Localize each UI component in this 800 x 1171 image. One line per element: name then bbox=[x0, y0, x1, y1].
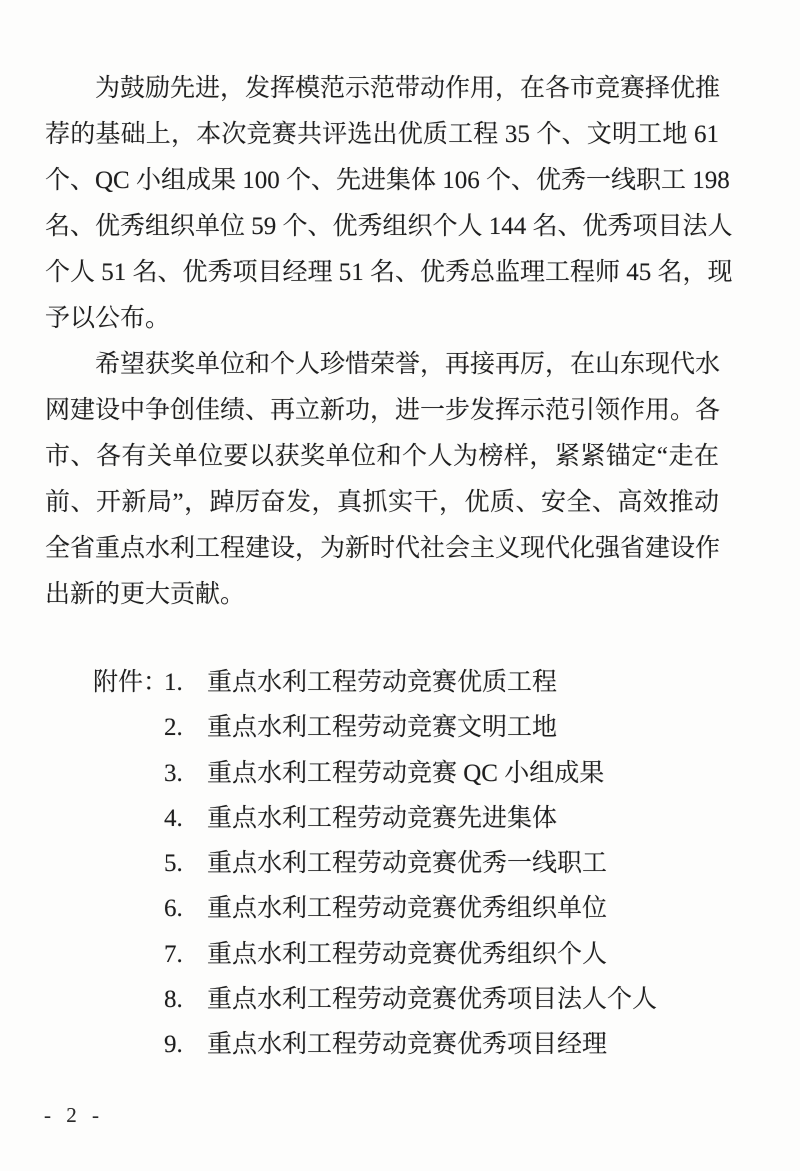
attachment-item-title: 重点水利工程劳动竞赛 QC 小组成果 bbox=[207, 760, 604, 787]
attachment-item: 2.重点水利工程劳动竞赛文明工地 bbox=[45, 705, 745, 750]
paragraph-line: 予以公布。 bbox=[45, 296, 719, 342]
attachments-list: 附件：1.重点水利工程劳动竞赛优质工程2.重点水利工程劳动竞赛文明工地3.重点水… bbox=[45, 660, 745, 1068]
page-number: - 2 - bbox=[44, 1100, 104, 1130]
paragraph-line: 个人 51 名、优秀项目经理 51 名、优秀总监理工程师 45 名，现 bbox=[45, 250, 719, 296]
attachment-item: 3.重点水利工程劳动竞赛 QC 小组成果 bbox=[45, 751, 745, 796]
attachment-item: 9.重点水利工程劳动竞赛优秀项目经理 bbox=[45, 1022, 745, 1067]
attachment-item-title: 重点水利工程劳动竞赛先进集体 bbox=[207, 805, 557, 832]
paragraph-announcement: 为鼓励先进，发挥模范示范带动作用，在各市竞赛择优推荐的基础上，本次竞赛共评选出优… bbox=[45, 66, 719, 342]
paragraph-line: 为鼓励先进，发挥模范示范带动作用，在各市竞赛择优推 bbox=[45, 66, 719, 112]
attachment-item-title: 重点水利工程劳动竞赛优秀组织单位 bbox=[207, 895, 607, 922]
attachment-item: 4.重点水利工程劳动竞赛先进集体 bbox=[45, 796, 745, 841]
attachment-item-number: 7. bbox=[164, 932, 207, 977]
attachment-item: 8.重点水利工程劳动竞赛优秀项目法人个人 bbox=[45, 977, 745, 1022]
attachment-item-number: 2. bbox=[164, 705, 207, 750]
attachment-item-number: 9. bbox=[164, 1022, 207, 1067]
attachment-item-number: 3. bbox=[164, 751, 207, 796]
attachments-label: 附件： bbox=[93, 660, 164, 705]
document-page: 为鼓励先进，发挥模范示范带动作用，在各市竞赛择优推荐的基础上，本次竞赛共评选出优… bbox=[0, 0, 800, 1171]
paragraph-hope: 希望获奖单位和个人珍惜荣誉，再接再厉，在山东现代水网建设中争创佳绩、再立新功，进… bbox=[45, 342, 719, 618]
paragraph-line: 个、QC 小组成果 100 个、先进集体 106 个、优秀一线职工 198 bbox=[45, 158, 719, 204]
attachment-item-title: 重点水利工程劳动竞赛优秀组织个人 bbox=[207, 941, 607, 968]
attachment-item-number: 8. bbox=[164, 977, 207, 1022]
attachment-item: 附件：1.重点水利工程劳动竞赛优质工程 bbox=[45, 660, 745, 705]
attachment-item-number: 5. bbox=[164, 841, 207, 886]
attachment-item: 5.重点水利工程劳动竞赛优秀一线职工 bbox=[45, 841, 745, 886]
paragraph-line: 市、各有关单位要以获奖单位和个人为榜样，紧紧锚定“走在 bbox=[45, 434, 719, 480]
attachment-item: 7.重点水利工程劳动竞赛优秀组织个人 bbox=[45, 932, 745, 977]
attachment-item-number: 1. bbox=[164, 660, 207, 705]
attachment-item-title: 重点水利工程劳动竞赛优秀一线职工 bbox=[207, 850, 607, 877]
attachment-item: 6.重点水利工程劳动竞赛优秀组织单位 bbox=[45, 886, 745, 931]
attachment-item-number: 6. bbox=[164, 886, 207, 931]
paragraph-line: 名、优秀组织单位 59 个、优秀组织个人 144 名、优秀项目法人 bbox=[45, 204, 719, 250]
attachment-item-title: 重点水利工程劳动竞赛文明工地 bbox=[207, 714, 557, 741]
paragraph-line: 前、开新局”，踔厉奋发，真抓实干，优质、安全、高效推动 bbox=[45, 480, 719, 526]
paragraph-line: 荐的基础上，本次竞赛共评选出优质工程 35 个、文明工地 61 bbox=[45, 112, 719, 158]
attachment-item-title: 重点水利工程劳动竞赛优秀项目法人个人 bbox=[207, 986, 657, 1013]
paragraph-line: 希望获奖单位和个人珍惜荣誉，再接再厉，在山东现代水 bbox=[45, 342, 719, 388]
attachment-item-title: 重点水利工程劳动竞赛优质工程 bbox=[207, 669, 557, 696]
paragraph-line: 网建设中争创佳绩、再立新功，进一步发挥示范引领作用。各 bbox=[45, 388, 719, 434]
attachment-item-title: 重点水利工程劳动竞赛优秀项目经理 bbox=[207, 1031, 607, 1058]
paragraph-line: 全省重点水利工程建设，为新时代社会主义现代化强省建设作 bbox=[45, 526, 719, 572]
attachment-item-number: 4. bbox=[164, 796, 207, 841]
paragraph-line: 出新的更大贡献。 bbox=[45, 572, 719, 618]
